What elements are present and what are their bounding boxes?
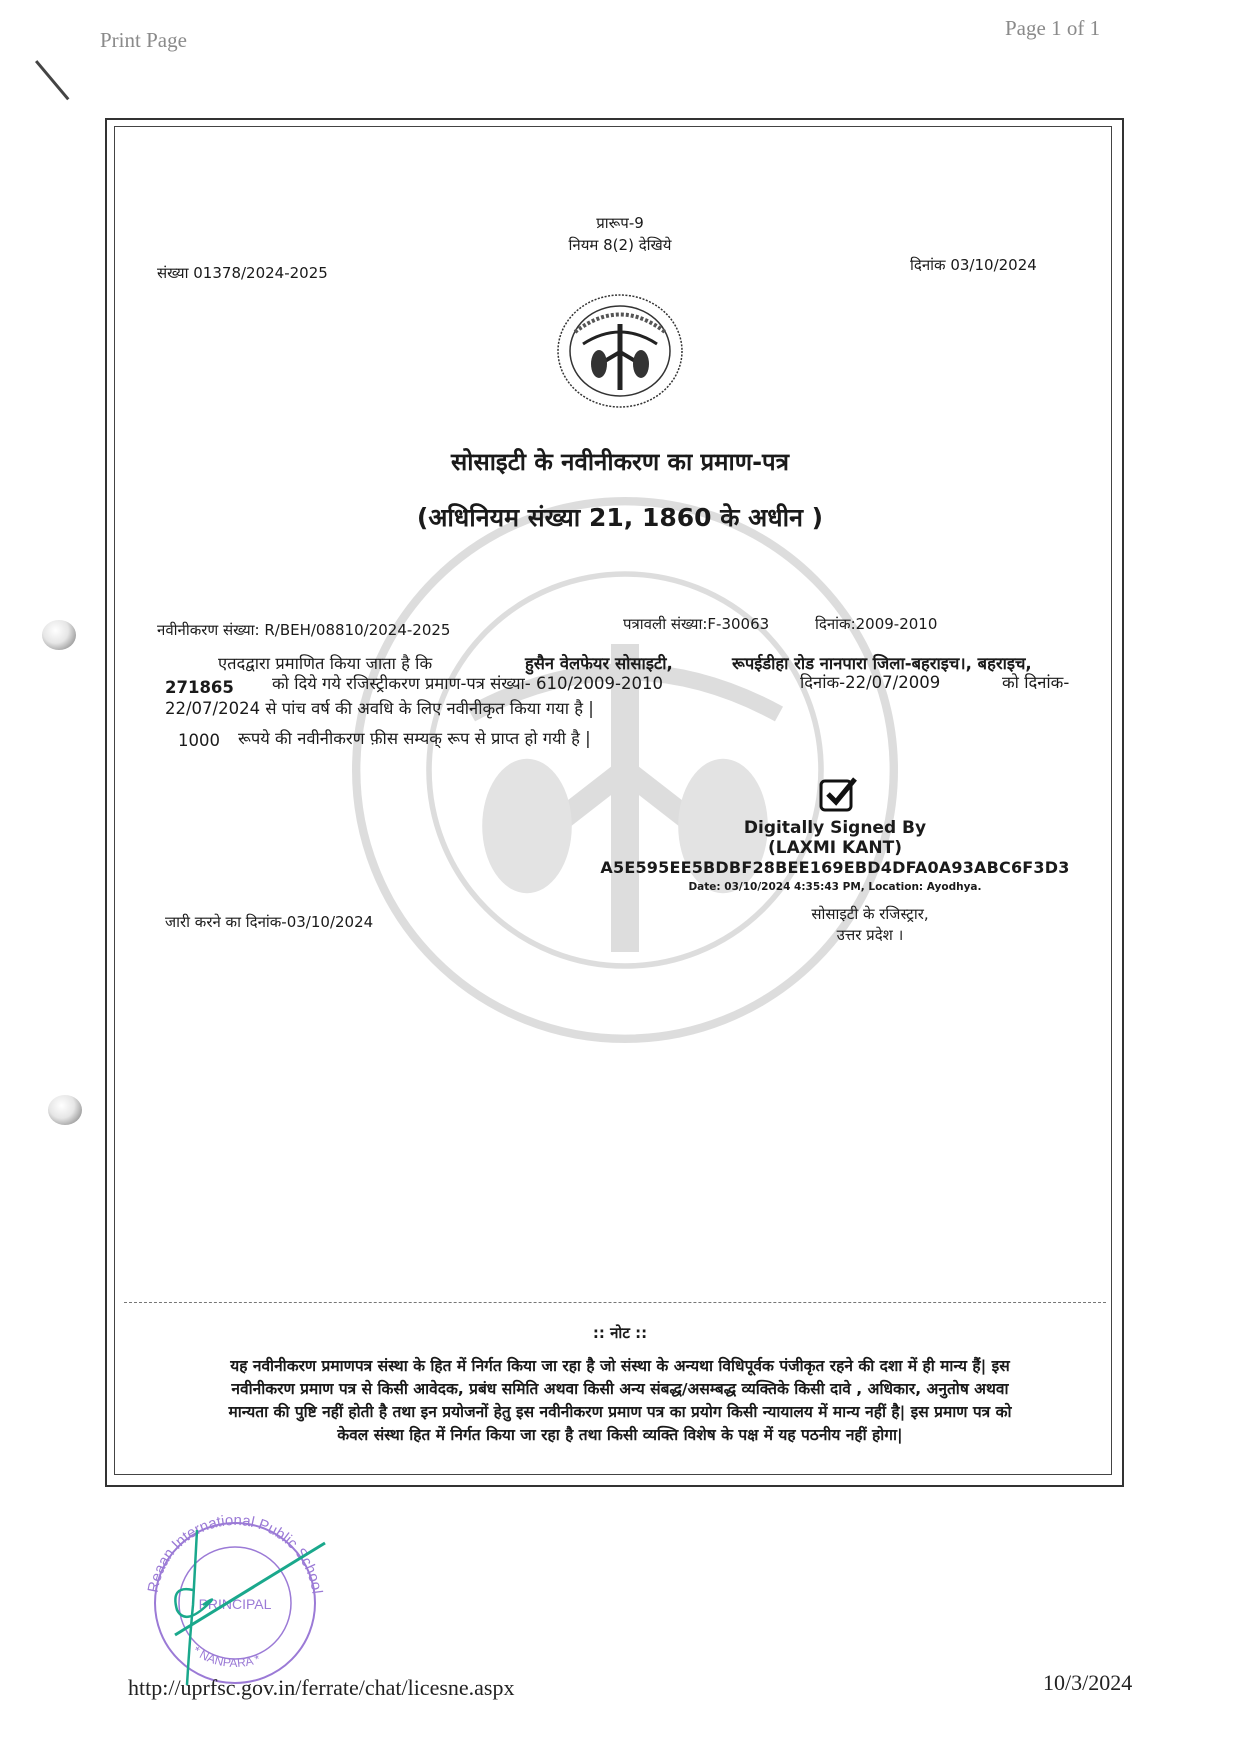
up-govt-emblem-icon <box>555 292 685 410</box>
svg-text:* NANPARA *: * NANPARA * <box>190 1643 262 1670</box>
digital-signature-block: Digitally Signed By (LAXMI KANT) A5E595E… <box>580 818 1090 893</box>
svg-text:Reaan International Public Sch: Reaan International Public School <box>145 1515 326 1595</box>
renewal-period-text: 22/07/2024 से पांच वर्ष की अवधि के लिए न… <box>165 697 594 721</box>
note-line: नवीनीकरण प्रमाण पत्र से किसी आवेदक, प्रब… <box>124 1378 1116 1401</box>
note-heading: :: नोट :: <box>520 1323 720 1343</box>
signature-date-location: Date: 03/10/2024 4:35:43 PM, Location: A… <box>580 881 1090 893</box>
signer-name: (LAXMI KANT) <box>580 838 1090 858</box>
page-count-label: Page 1 of 1 <box>1005 16 1100 41</box>
note-line: यह नवीनीकरण प्रमाणपत्र संस्था के हित में… <box>124 1355 1116 1378</box>
certificate-number: संख्या 01378/2024-2025 <box>157 263 328 283</box>
school-principal-stamp: Reaan International Public School * NANP… <box>135 1515 365 1685</box>
renewal-date-lead: को दिनांक- <box>1002 671 1069 695</box>
scan-mark <box>35 60 69 100</box>
signed-by-label: Digitally Signed By <box>580 818 1090 838</box>
note-line: मान्यता की पुष्टि नहीं होती है तथा इन प्… <box>124 1401 1116 1424</box>
form-number: प्रारूप-9 <box>520 213 720 233</box>
registrar-state: उत्तर प्रदेश । <box>740 925 1000 945</box>
certificate-title: सोसाइटी के नवीनीकरण का प्रमाण-पत्र <box>300 445 940 478</box>
print-page-label: Print Page <box>100 28 187 53</box>
source-url: http://uprfsc.gov.in/ferrate/chat/licesn… <box>128 1675 515 1701</box>
note-divider <box>124 1302 1106 1303</box>
registrar-designation: सोसाइटी के रजिस्ट्रार, <box>740 904 1000 924</box>
stamp-bottom-text: * NANPARA * <box>190 1643 262 1670</box>
rule-reference: नियम 8(2) देखिये <box>500 235 740 255</box>
note-body: यह नवीनीकरण प्रमाणपत्र संस्था के हित में… <box>124 1355 1116 1447</box>
fee-received-text: रूपये की नवीनीकरण फ़ीस सम्यक् रूप से प्र… <box>238 727 591 751</box>
registration-date: दिनांक-22/07/2009 <box>800 671 940 695</box>
certificate-subtitle: (अधिनियम संख्या 21, 1860 के अधीन ) <box>300 500 940 534</box>
emblem-watermark-icon <box>345 490 905 1050</box>
punch-hole <box>42 620 76 650</box>
issue-date: जारी करने का दिनांक-03/10/2024 <box>165 912 373 932</box>
registration-text: को दिये गये रजिस्ट्रीकरण प्रमाण-पत्र संख… <box>272 672 663 696</box>
renewal-number: नवीनीकरण संख्या: R/BEH/08810/2024-2025 <box>157 620 450 640</box>
punch-hole <box>48 1095 82 1125</box>
file-date: दिनांक:2009-2010 <box>815 614 937 634</box>
checkmark-box-icon <box>818 775 858 813</box>
stamp-ring-text: Reaan International Public School <box>145 1515 326 1595</box>
fee-amount: 1000 <box>178 729 220 753</box>
note-line: केवल संस्था हित में निर्गत किया जा रहा ह… <box>124 1424 1116 1447</box>
certificate-date: दिनांक 03/10/2024 <box>910 255 1037 275</box>
print-date: 10/3/2024 <box>1043 1670 1132 1696</box>
file-number: पत्रावली संख्या:F-30063 <box>623 614 769 634</box>
signature-hash: A5E595EE5BDBF28BEE169EBD4DFA0A93ABC6F3D3 <box>580 858 1090 877</box>
